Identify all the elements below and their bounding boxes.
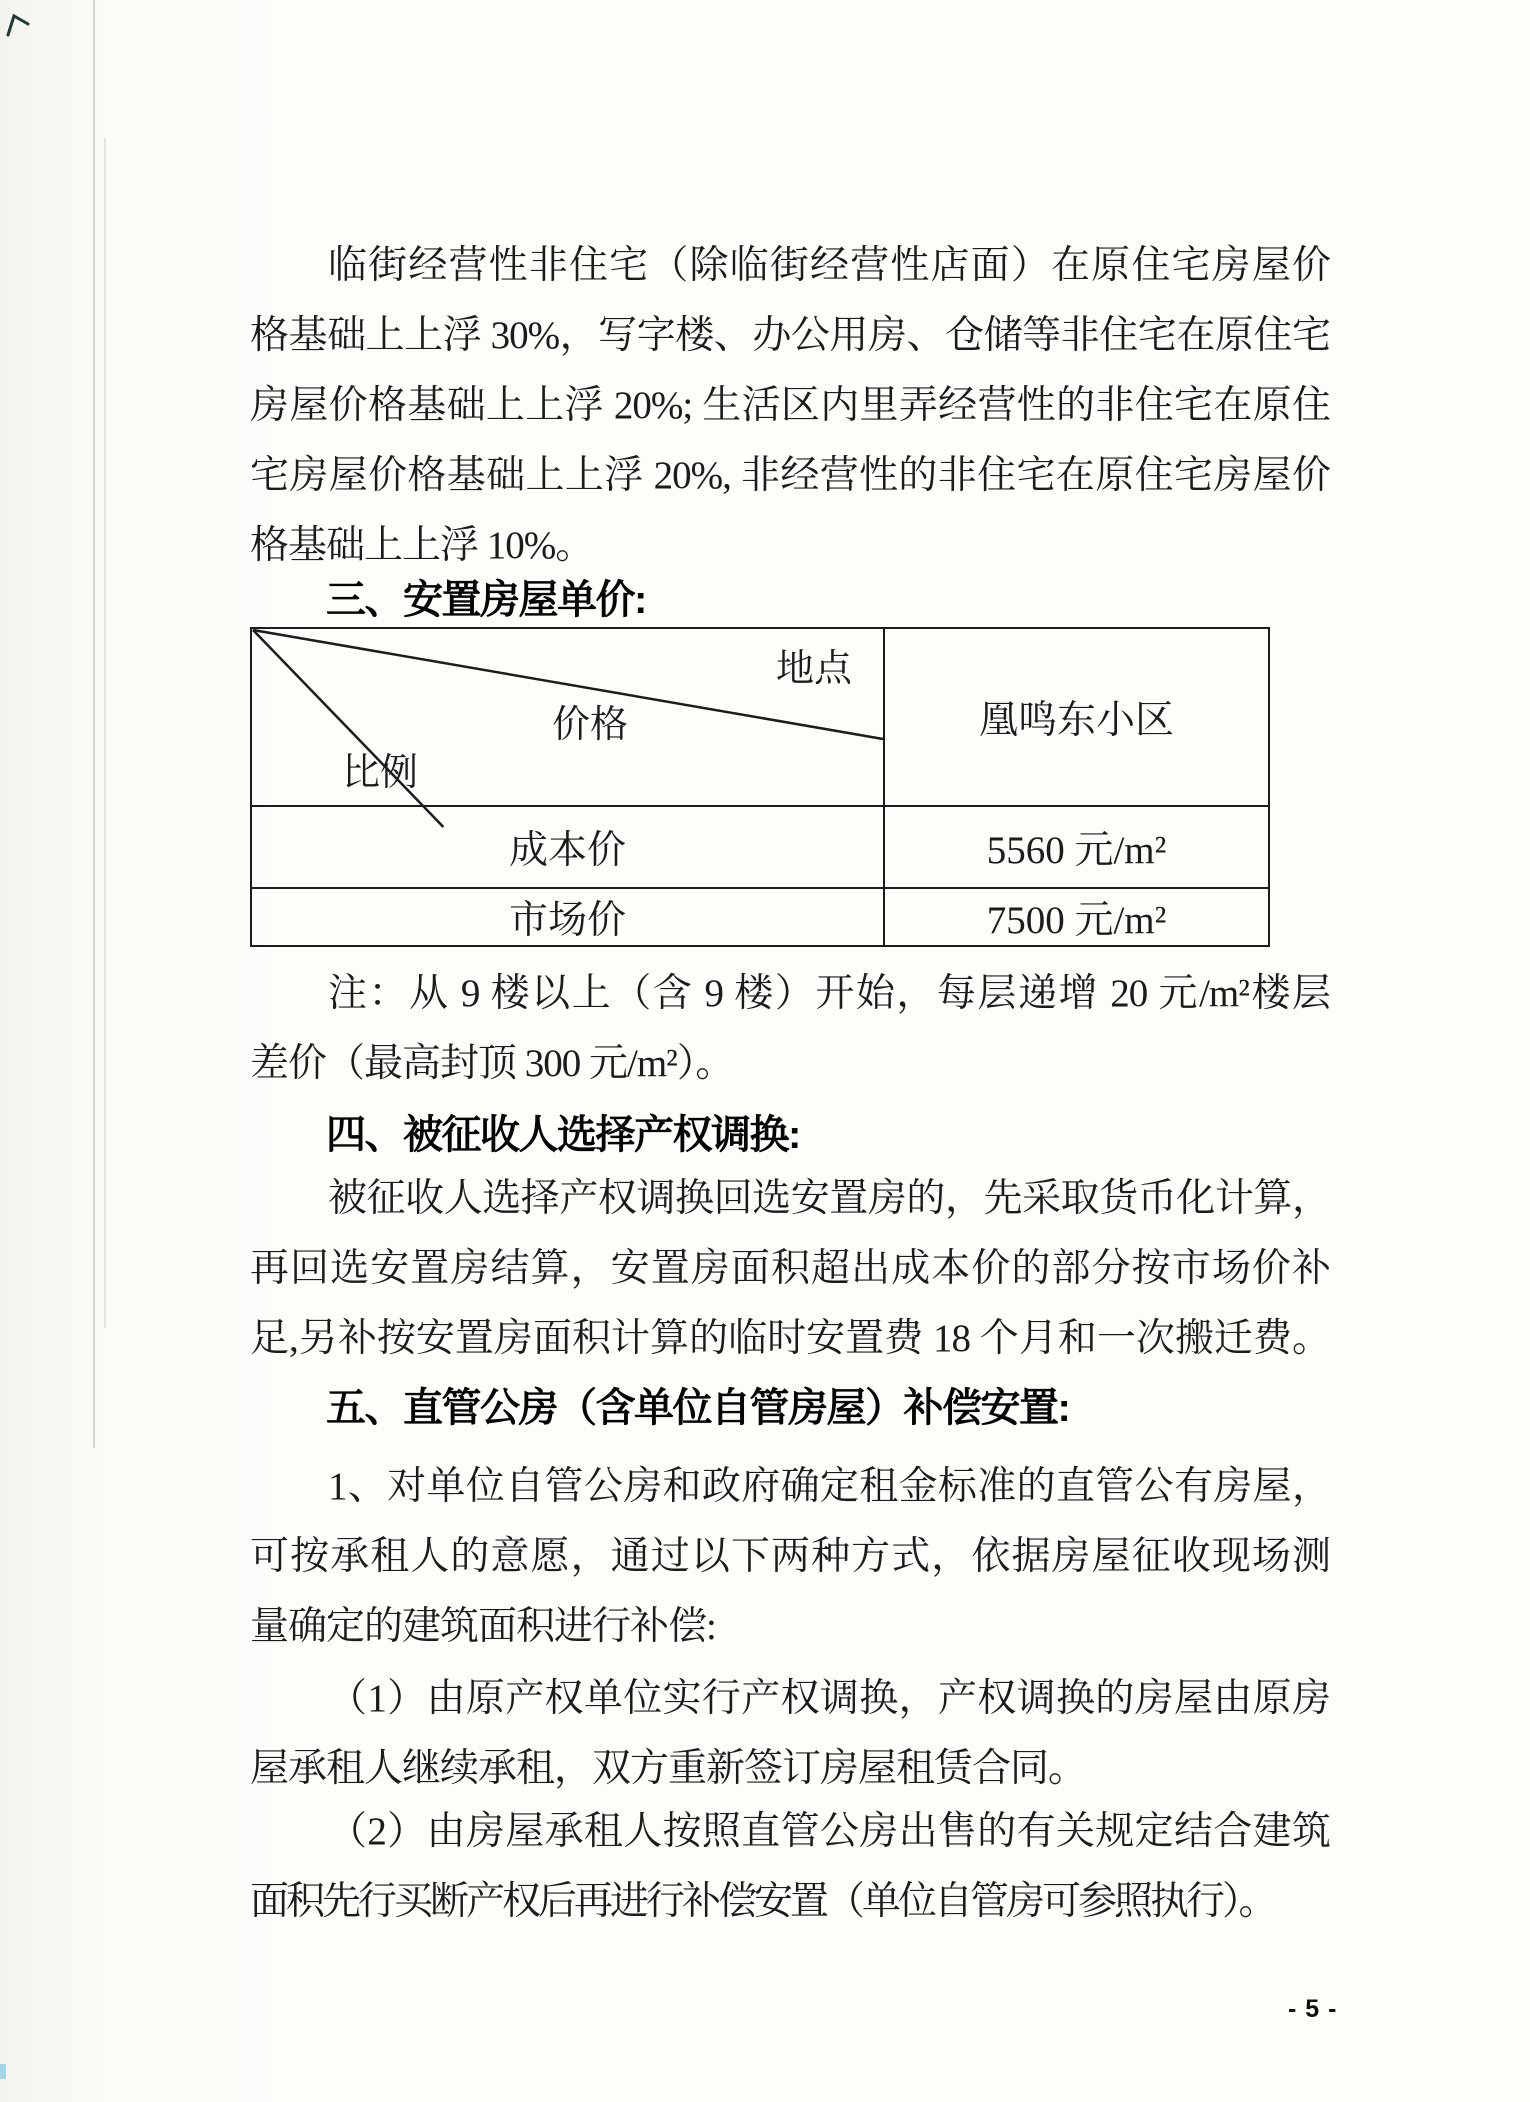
- corner-label-ratio: 比例: [342, 741, 418, 796]
- table-row-value: 7500 元/m²: [885, 889, 1268, 945]
- paper-crease-line: [93, 0, 95, 1448]
- table-row-value: 5560 元/m²: [885, 807, 1268, 887]
- paragraph-line: 再回选安置房结算，安置房面积超出成本价的部分按市场价补: [250, 1234, 1330, 1304]
- price-table: 地点 价格 比例 凰鸣东小区 成本价 5560 元/m² 市场价 7500 元/…: [250, 627, 1270, 947]
- table-header-row: 地点 价格 比例 凰鸣东小区: [252, 629, 1268, 807]
- paragraph-line: 格基础上上浮 30%，写字楼、办公用房、仓储等非住宅在原住宅: [250, 301, 1330, 371]
- corner-label-place: 地点: [776, 637, 852, 692]
- section-five-item1-paragraph: 1、对单位自管公房和政府确定租金标准的直管公有房屋， 可按承租人的意愿，通过以下…: [250, 1452, 1330, 1662]
- paragraph-line: （1）由原产权单位实行产权调换，产权调换的房屋由原房: [250, 1664, 1330, 1734]
- scanned-document-page: { "colors": { "ink": "#1b1b1b", "paper":…: [0, 0, 1530, 2102]
- table-location-header: 凰鸣东小区: [885, 629, 1268, 805]
- scan-mark-glyph: [6, 13, 36, 39]
- section-five-heading: 五、直管公房（含单位自管房屋）补偿安置:: [250, 1376, 1330, 1440]
- section-four-heading: 四、被征收人选择产权调换:: [250, 1103, 1330, 1167]
- table-row-label: 市场价: [252, 889, 885, 945]
- table-row: 成本价 5560 元/m²: [252, 807, 1268, 889]
- paragraph-line: 临街经营性非住宅（除临街经营性店面）在原住宅房屋价: [250, 231, 1330, 301]
- section-four-paragraph: 被征收人选择产权调换回选安置房的，先采取货币化计算， 再回选安置房结算，安置房面…: [250, 1164, 1330, 1374]
- section-five-sub1-paragraph: （1）由原产权单位实行产权调换，产权调换的房屋由原房 屋承租人继续承租，双方重新…: [250, 1664, 1330, 1804]
- paragraph-line: 足,另补按安置房面积计算的临时安置费 18 个月和一次搬迁费。: [250, 1304, 1330, 1374]
- scan-corner-mark-icon: [6, 13, 36, 39]
- paragraph-line: 宅房屋价格基础上上浮 20%, 非经营性的非住宅在原住宅房屋价: [250, 441, 1330, 511]
- scan-edge-blue-mark: [0, 2064, 6, 2079]
- paragraph-line: 注：从 9 楼以上（含 9 楼）开始，每层递增 20 元/m²楼层: [250, 959, 1330, 1029]
- paragraph-line: 被征收人选择产权调换回选安置房的，先采取货币化计算，: [250, 1164, 1330, 1234]
- page-number: - 5 -: [1288, 1995, 1337, 2024]
- paragraph-line: 可按承租人的意愿，通过以下两种方式，依据房屋征收现场测: [250, 1522, 1330, 1592]
- intro-paragraph: 临街经营性非住宅（除临街经营性店面）在原住宅房屋价 格基础上上浮 30%，写字楼…: [250, 231, 1330, 581]
- table-row: 市场价 7500 元/m²: [252, 889, 1268, 945]
- section-three-heading: 三、安置房屋单价:: [250, 568, 1330, 632]
- table-note-paragraph: 注：从 9 楼以上（含 9 楼）开始，每层递增 20 元/m²楼层 差价（最高封…: [250, 959, 1330, 1099]
- paragraph-line: 房屋价格基础上上浮 20%; 生活区内里弄经营性的非住宅在原住: [250, 371, 1330, 441]
- paragraph-line: 差价（最高封顶 300 元/m²）。: [250, 1029, 1330, 1099]
- paragraph-line: （2）由房屋承租人按照直管公房出售的有关规定结合建筑: [250, 1797, 1330, 1867]
- section-five-sub2-paragraph: （2）由房屋承租人按照直管公房出售的有关规定结合建筑 面积先行买断产权后再进行补…: [250, 1797, 1330, 1937]
- paragraph-line: 屋承租人继续承租，双方重新签订房屋租赁合同。: [250, 1734, 1330, 1804]
- paragraph-line: 1、对单位自管公房和政府确定租金标准的直管公有房屋，: [250, 1452, 1330, 1522]
- paragraph-line: 量确定的建筑面积进行补偿:: [250, 1592, 1330, 1662]
- table-corner-cell: 地点 价格 比例: [252, 629, 885, 805]
- paragraph-line: 面积先行买断产权后再进行补偿安置（单位自管房可参照执行）。: [250, 1867, 1330, 1937]
- corner-label-price: 价格: [552, 693, 628, 748]
- paper-crease-line: [104, 138, 106, 1328]
- table-row-label: 成本价: [252, 807, 885, 887]
